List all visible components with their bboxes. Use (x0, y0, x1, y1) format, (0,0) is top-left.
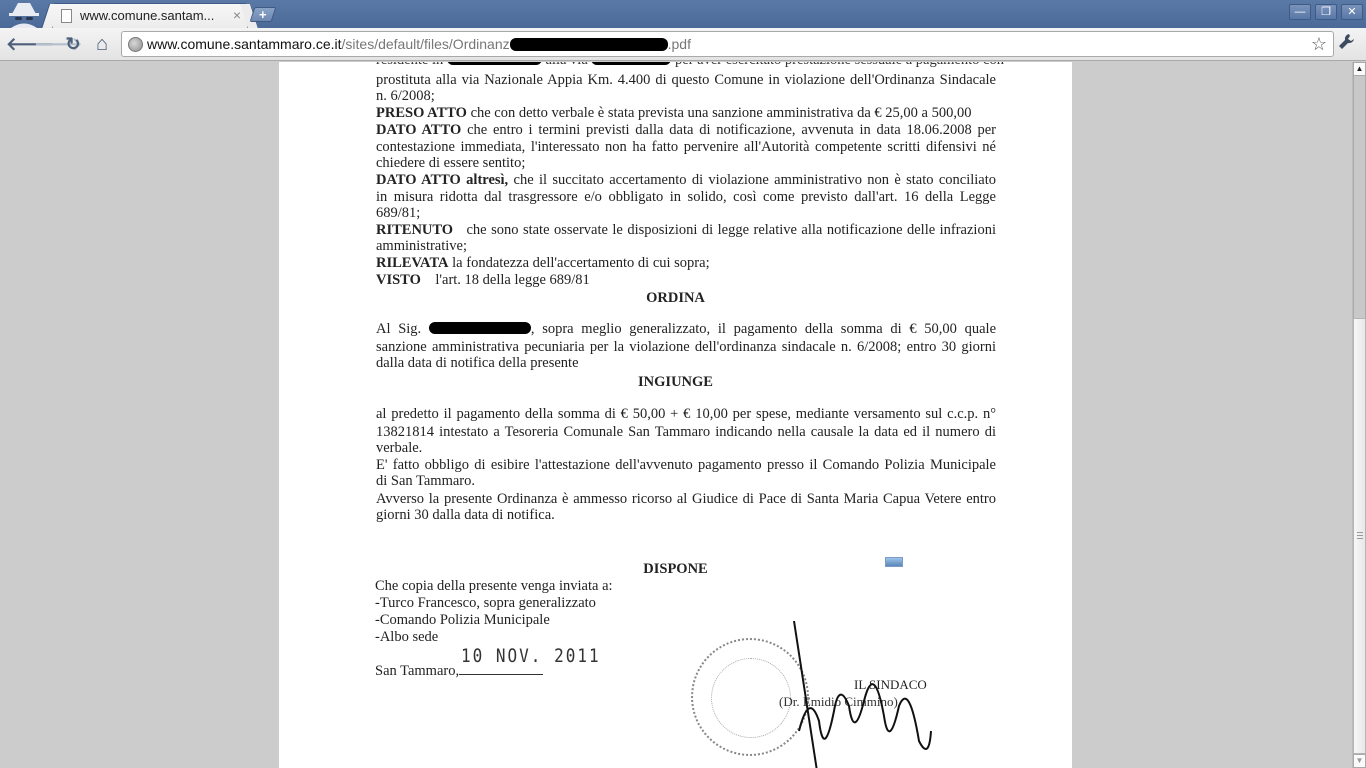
scroll-down-button[interactable]: ▼ (1353, 754, 1366, 768)
doc-line: 689/81; (376, 205, 420, 222)
wrench-icon (1338, 33, 1356, 51)
signature (779, 621, 939, 768)
doc-line: dalla data di notifica della presente (376, 355, 579, 372)
doc-line: 13821814 intestato a Tesoreria Comunale … (376, 424, 996, 441)
date-stamp: 10 NOV. 2011 (461, 645, 601, 667)
tab-title: www.comune.santam... (80, 8, 214, 23)
wrench-menu-icon[interactable] (1338, 33, 1356, 56)
pdf-page: residente in alla via per aver esercitat… (279, 62, 1072, 768)
doc-line: contestazione immediata, l'interessato n… (376, 139, 996, 156)
reload-icon: ↻ (65, 34, 80, 54)
doc-line: Al Sig. , sopra meglio generalizzato, il… (376, 321, 996, 338)
redaction (591, 62, 671, 65)
incognito-icon (4, 0, 44, 28)
globe-icon (128, 37, 143, 52)
vertical-scrollbar[interactable]: ▲ ▼ (1352, 62, 1366, 768)
redaction (429, 322, 531, 334)
forward-button[interactable]: 🡒 (34, 33, 56, 55)
doc-line: di San Tammaro. (376, 473, 475, 490)
page-icon (61, 9, 72, 23)
doc-line: prostituta alla via Nazionale Appia Km. … (376, 72, 996, 89)
image-icon (885, 557, 903, 567)
window-titlebar: www.comune.santam... × + — ❐ ✕ (0, 0, 1366, 28)
close-window-button[interactable]: ✕ (1341, 4, 1363, 20)
minimize-button[interactable]: — (1289, 4, 1311, 20)
place-label: San Tammaro, (375, 663, 459, 680)
plus-icon: + (259, 8, 267, 21)
grip-icon (1357, 532, 1363, 539)
url-text: www.comune.santammaro.ce.it/sites/defaul… (147, 36, 691, 52)
maximize-button[interactable]: ❐ (1315, 4, 1337, 20)
doc-line: giorni 30 dalla data di notifica. (376, 507, 555, 524)
dato-atto-altresi-line: DATO ATTO altresì, che il succitato acce… (376, 172, 996, 189)
doc-line: -Albo sede (375, 629, 438, 646)
visto-line: VISTO l'art. 18 della legge 689/81 (376, 272, 590, 289)
tab-close-icon[interactable]: × (233, 7, 241, 23)
ritenuto-line: RITENUTO che sono state osservate le dis… (376, 222, 996, 239)
scroll-thumb[interactable] (1353, 318, 1366, 754)
browser-toolbar: 🡐 🡒 ↻ ⌂ www.comune.santammaro.ce.it/site… (0, 28, 1366, 61)
heading-ingiunge: INGIUNGE (279, 374, 1072, 391)
scroll-up-button[interactable]: ▲ (1353, 62, 1366, 76)
doc-line: Avverso la presente Ordinanza è ammesso … (376, 491, 996, 508)
redaction (510, 38, 668, 51)
browser-tab[interactable]: www.comune.santam... × (52, 3, 248, 28)
heading-dispone: DISPONE (279, 561, 1072, 578)
address-bar[interactable]: www.comune.santammaro.ce.it/sites/defaul… (121, 31, 1334, 57)
new-tab-button[interactable]: + (250, 7, 277, 22)
rilevata-line: RILEVATA la fondatezza dell'accertamento… (376, 255, 710, 272)
doc-line: Che copia della presente venga inviata a… (375, 578, 613, 595)
scroll-track[interactable] (1353, 76, 1366, 318)
home-icon: ⌂ (96, 33, 108, 55)
doc-line: sanzione amministrativa pecuniaria per l… (376, 339, 996, 356)
doc-line: -Turco Francesco, sopra generalizzato (375, 595, 596, 612)
home-button[interactable]: ⌂ (91, 33, 113, 55)
doc-line: in misura ridotta dal trasgressore e/o o… (376, 189, 996, 206)
doc-line: n. 6/2008; (376, 88, 435, 105)
back-button[interactable]: 🡐 (6, 33, 28, 55)
doc-line: E' fatto obbligo di esibire l'attestazio… (376, 457, 996, 474)
heading-ordina: ORDINA (279, 290, 1072, 307)
reload-button[interactable]: ↻ (62, 33, 84, 55)
doc-line: verbale. (376, 440, 422, 457)
doc-line: al predetto il pagamento della somma di … (376, 406, 996, 423)
pdf-viewport: residente in alla via per aver esercitat… (0, 62, 1352, 768)
bookmark-star-icon[interactable]: ☆ (1311, 34, 1327, 55)
date-underline (459, 674, 543, 675)
dato-atto-line: DATO ATTO che entro i termini previsti d… (376, 122, 996, 139)
doc-line: -Comando Polizia Municipale (375, 612, 550, 629)
doc-line: residente in alla via per aver esercitat… (376, 62, 996, 69)
preso-atto-line: PRESO ATTO che con detto verbale è stata… (376, 105, 971, 122)
doc-line: chiedere di essere sentito; (376, 155, 525, 172)
doc-line: amministrative; (376, 238, 467, 255)
redaction (447, 62, 542, 65)
